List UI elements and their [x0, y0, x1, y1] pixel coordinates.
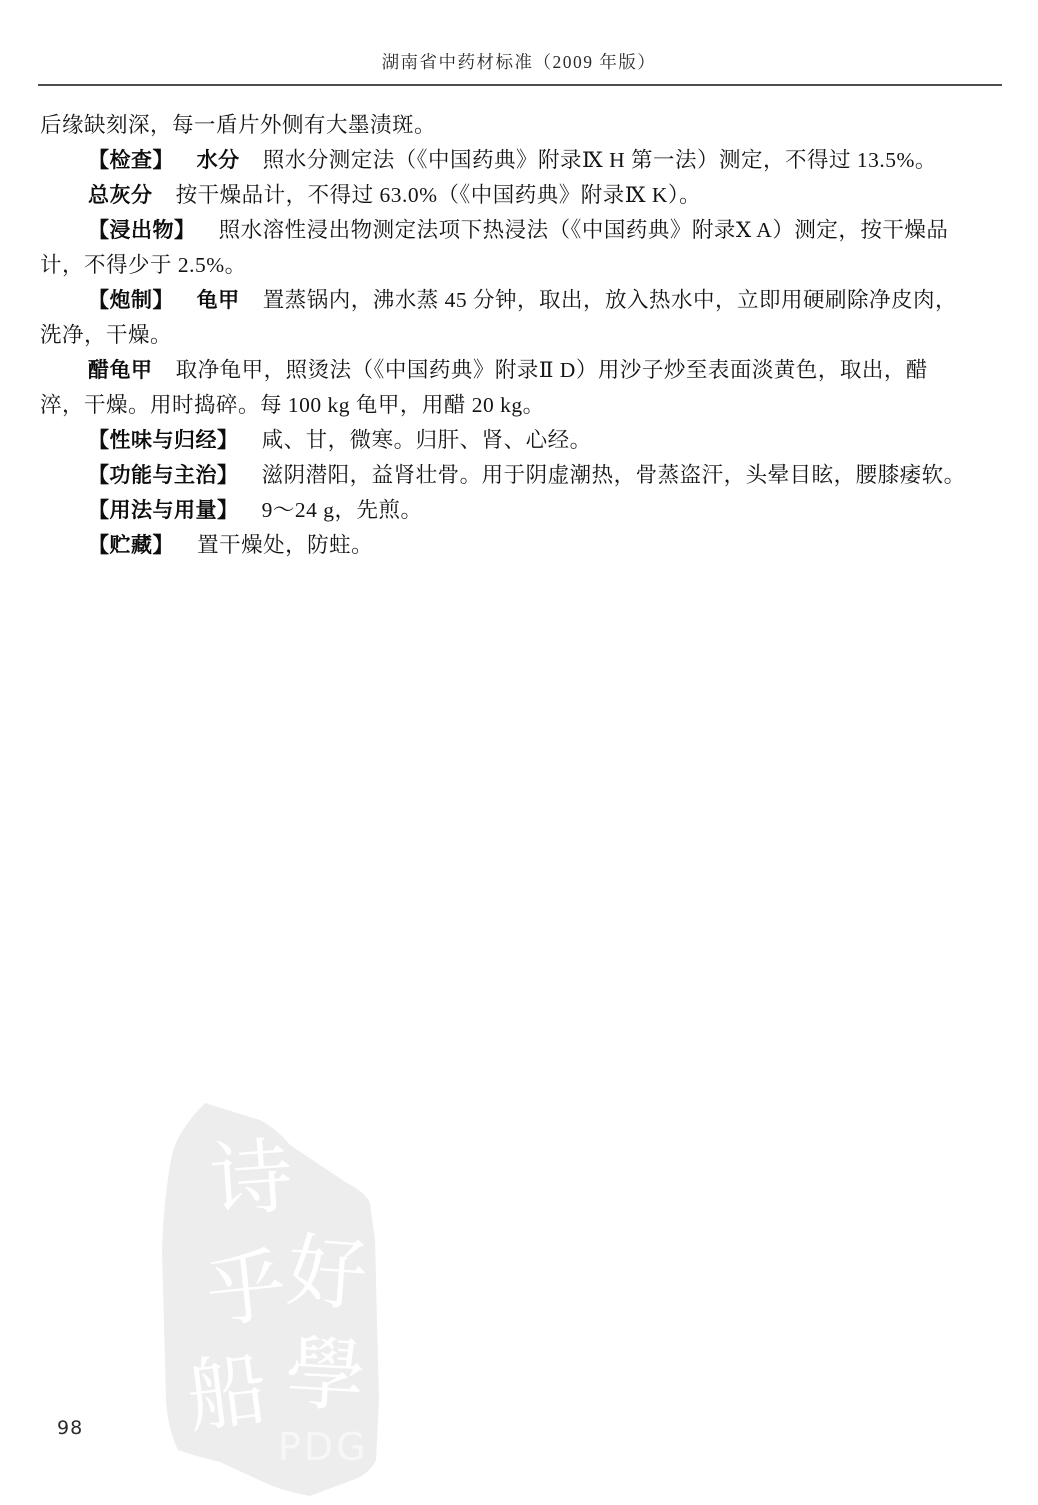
sub-label: 水分: [197, 148, 240, 172]
watermark-seal-glyph: 學: [283, 1326, 368, 1423]
body-text: 取净龟甲，照烫法（《中国药典》附录Ⅱ D）用沙子炒至表面淡黄色，取出，醋: [176, 358, 928, 382]
text-line: 洗净，干燥。: [40, 318, 998, 353]
body-text: 照水分测定法（《中国药典》附录Ⅸ H 第一法）测定，不得过 13.5%。: [263, 148, 937, 172]
body-text: 淬，干燥。用时捣碎。每 100 kg 龟甲，用醋 20 kg。: [40, 393, 545, 417]
text-line: 醋龟甲 取净龟甲，照烫法（《中国药典》附录Ⅱ D）用沙子炒至表面淡黄色，取出，醋: [40, 353, 998, 388]
watermark-seal-glyph: 诗: [207, 1129, 295, 1229]
body-text: 置蒸锅内，沸水蒸 45 分钟，取出，放入热水中，立即用硬刷除净皮肉，: [263, 288, 957, 312]
text-line: 淬，干燥。用时捣碎。每 100 kg 龟甲，用醋 20 kg。: [40, 388, 998, 423]
section-label: 【检查】: [88, 148, 174, 172]
header-divider-rule: [38, 84, 1002, 86]
watermark-stamp: 诗 乎 船 好 學 PDG: [160, 1100, 470, 1505]
text-line: 总灰分 按干燥品计，不得过 63.0%（《中国药典》附录Ⅸ K）。: [40, 178, 998, 213]
page-header-title: 湖南省中药材标准（2009 年版）: [0, 49, 1038, 74]
body-text: 9～24 g，先煎。: [262, 498, 423, 522]
watermark-pdg-label: PDG: [278, 1425, 369, 1469]
watermark-seal-glyph: 乎: [201, 1238, 290, 1339]
body-text: 洗净，干燥。: [40, 323, 172, 347]
watermark-blob: [162, 1103, 379, 1496]
body-text: 后缘缺刻深，每一盾片外侧有大墨渍斑。: [40, 113, 436, 137]
text-line: 【检查】 水分 照水分测定法（《中国药典》附录Ⅸ H 第一法）测定，不得过 13…: [40, 143, 998, 178]
section-label: 【性味与归经】: [88, 428, 239, 452]
watermark-seal-glyph: 船: [182, 1342, 273, 1444]
section-label: 【贮藏】: [88, 533, 174, 557]
text-line: 【用法与用量】 9～24 g，先煎。: [40, 493, 998, 528]
section-label: 【用法与用量】: [88, 498, 239, 522]
text-line: 后缘缺刻深，每一盾片外侧有大墨渍斑。: [40, 108, 998, 143]
section-label: 【炮制】: [88, 288, 174, 312]
text-line: 【浸出物】 照水溶性浸出物测定法项下热浸法（《中国药典》附录Ⅹ A）测定，按干燥…: [40, 213, 998, 248]
watermark-seal-glyph: 好: [284, 1224, 370, 1322]
body-text: 计，不得少于 2.5%。: [40, 253, 247, 277]
body-text: 照水溶性浸出物测定法项下热浸法（《中国药典》附录Ⅹ A）测定，按干燥品: [219, 218, 949, 242]
text-line: 计，不得少于 2.5%。: [40, 248, 998, 283]
section-label: 【功能与主治】: [88, 463, 239, 487]
section-label: 【浸出物】: [88, 218, 196, 242]
text-line: 【炮制】 龟甲 置蒸锅内，沸水蒸 45 分钟，取出，放入热水中，立即用硬刷除净皮…: [40, 283, 998, 318]
sub-label: 龟甲: [197, 288, 240, 312]
text-line: 【功能与主治】 滋阴潜阳，益肾壮骨。用于阴虚潮热，骨蒸盗汗，头晕目眩，腰膝痿软。: [40, 458, 998, 493]
text-line: 【性味与归经】 咸、甘，微寒。归肝、肾、心经。: [40, 423, 998, 458]
sub-label: 醋龟甲: [88, 358, 153, 382]
text-line: 【贮藏】 置干燥处，防蛀。: [40, 528, 998, 563]
body-text: 滋阴潜阳，益肾壮骨。用于阴虚潮热，骨蒸盗汗，头晕目眩，腰膝痿软。: [262, 463, 966, 487]
sub-label: 总灰分: [88, 183, 153, 207]
document-page: 诗 乎 船 好 學 PDG 湖南省中药材标准（2009 年版） 后缘缺刻深，每一…: [0, 0, 1038, 1505]
body-text: 按干燥品计，不得过 63.0%（《中国药典》附录Ⅸ K）。: [176, 183, 702, 207]
page-number: 98: [57, 1417, 83, 1439]
document-body: 后缘缺刻深，每一盾片外侧有大墨渍斑。 【检查】 水分 照水分测定法（《中国药典》…: [40, 108, 998, 563]
body-text: 置干燥处，防蛀。: [197, 533, 373, 557]
body-text: 咸、甘，微寒。归肝、肾、心经。: [262, 428, 592, 452]
